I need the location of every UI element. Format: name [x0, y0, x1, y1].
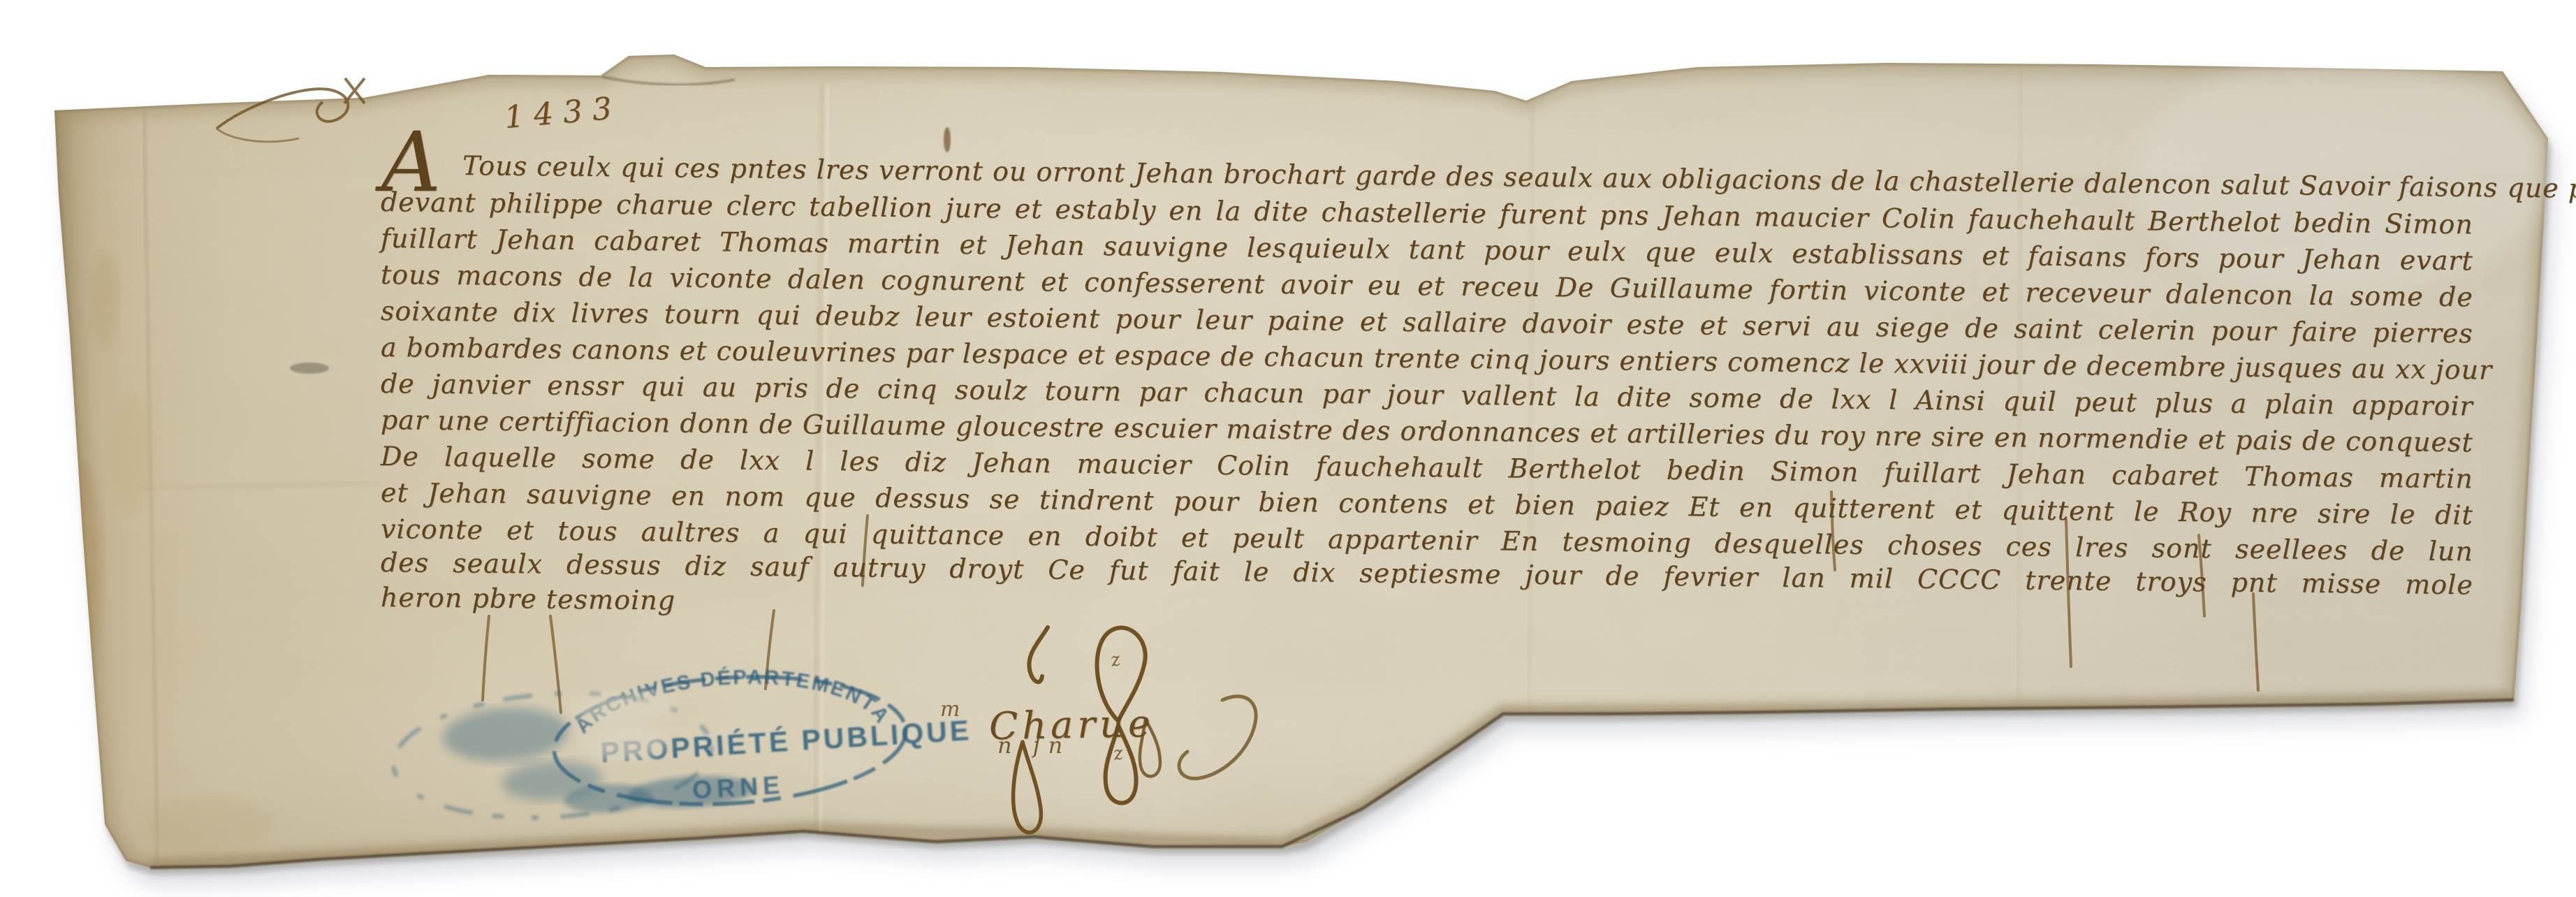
smudge-grey — [290, 363, 329, 374]
stamp-bottom-text: ORNE — [691, 770, 785, 804]
signature-marks-n: n ſn — [997, 732, 1069, 759]
signature-mark-m: m — [940, 697, 960, 722]
stain-left-edge — [63, 461, 102, 671]
manuscript-photo: ARCHIVES DÉPARTEMENTALES PROPRIÉTÉ PUBLI… — [0, 0, 2576, 897]
manuscript-line-13: heron pbre tesmoing — [381, 581, 676, 617]
stain-left-mid — [112, 391, 154, 517]
ink-fleck — [944, 127, 951, 152]
stain-left-upper — [91, 251, 119, 349]
stain-bottom-left — [147, 796, 272, 852]
